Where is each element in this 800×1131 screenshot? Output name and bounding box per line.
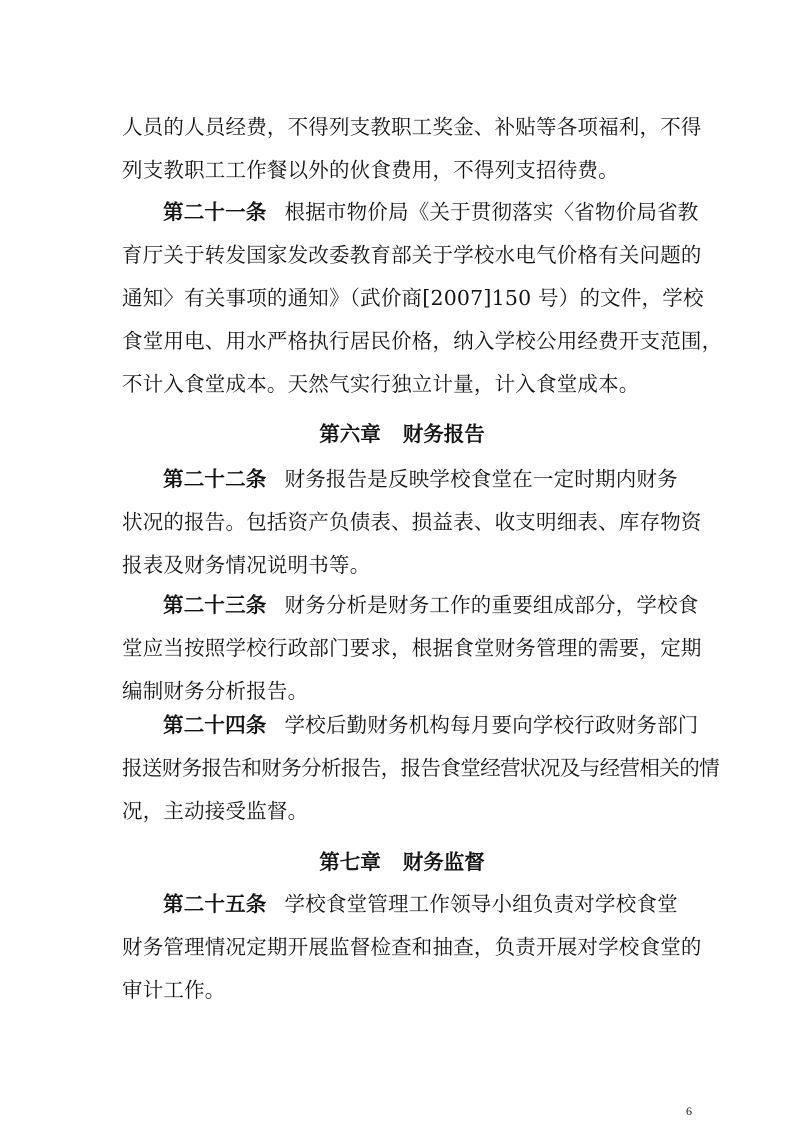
paragraph-line: 报表及财务情况说明书等。 <box>122 544 682 587</box>
article-22: 第二十二条财务报告是反映学校食堂在一定时期内财务 状况的报告。包括资产负债表、损… <box>122 458 682 587</box>
paragraph-line: 人员的人员经费，不得列支教职工奖金、补贴等各项福利，不得 <box>122 106 682 149</box>
paragraph-line: 食堂用电、用水严格执行居民价格，纳入学校公用经费开支范围， <box>122 320 682 363</box>
paragraph-line: 通知〉有关事项的通知》（武价商[2007]150 号）的文件，学校 <box>122 277 682 320</box>
paragraph-line: 学校后勤财务机构每月要向学校行政财务部门 <box>285 713 699 737</box>
article-24: 第二十四条学校后勤财务机构每月要向学校行政财务部门 报送财务报告和财务分析报告，… <box>122 704 682 833</box>
paragraph-line: 根据市物价局《关于贯彻落实〈省物价局省教 <box>285 200 699 224</box>
chapter-7-heading: 第七章财务监督 <box>122 841 682 884</box>
chapter-title: 财务监督 <box>403 850 485 874</box>
continuation-paragraph: 人员的人员经费，不得列支教职工奖金、补贴等各项福利，不得 列支教职工工作餐以外的… <box>122 106 682 192</box>
paragraph-line: 不计入食堂成本。天然气实行独立计量，计入食堂成本。 <box>122 363 682 406</box>
article-23: 第二十三条财务分析是财务工作的重要组成部分，学校食 堂应当按照学校行政部门要求，… <box>122 584 682 713</box>
paragraph-line: 列支教职工工作餐以外的伙食费用，不得列支招待费。 <box>122 149 682 192</box>
document-page: 人员的人员经费，不得列支教职工奖金、补贴等各项福利，不得 列支教职工工作餐以外的… <box>0 0 800 1131</box>
chapter-number: 第七章 <box>319 850 381 874</box>
paragraph-line: 财务报告是反映学校食堂在一定时期内财务 <box>285 467 678 491</box>
paragraph-line: 况，主动接受监督。 <box>122 790 682 833</box>
paragraph-line: 报送财务报告和财务分析报告，报告食堂经营状况及与经营相关的情 <box>122 747 682 790</box>
paragraph-line: 财务管理情况定期开展监督检查和抽查，负责开展对学校食堂的 <box>122 926 682 969</box>
article-number: 第二十二条 <box>163 467 267 491</box>
paragraph-line: 学校食堂管理工作领导小组负责对学校食堂 <box>285 892 678 916</box>
chapter-number: 第六章 <box>319 422 381 446</box>
article-number: 第二十一条 <box>163 200 267 224</box>
paragraph-line: 审计工作。 <box>122 969 682 1012</box>
article-21: 第二十一条根据市物价局《关于贯彻落实〈省物价局省教 育厅关于转发国家发改委教育部… <box>122 191 682 406</box>
article-number: 第二十五条 <box>163 892 267 916</box>
paragraph-line: 状况的报告。包括资产负债表、损益表、收支明细表、库存物资 <box>122 501 682 544</box>
chapter-title: 财务报告 <box>403 422 485 446</box>
chapter-6-heading: 第六章财务报告 <box>122 413 682 456</box>
paragraph-line: 财务分析是财务工作的重要组成部分，学校食 <box>285 593 699 617</box>
article-number: 第二十三条 <box>163 593 267 617</box>
page-number: 6 <box>686 1104 692 1119</box>
paragraph-line: 育厅关于转发国家发改委教育部关于学校水电气价格有关问题的 <box>122 234 682 277</box>
paragraph-line: 堂应当按照学校行政部门要求，根据食堂财务管理的需要，定期 <box>122 627 682 670</box>
article-25: 第二十五条学校食堂管理工作领导小组负责对学校食堂 财务管理情况定期开展监督检查和… <box>122 883 682 1012</box>
article-number: 第二十四条 <box>163 713 267 737</box>
